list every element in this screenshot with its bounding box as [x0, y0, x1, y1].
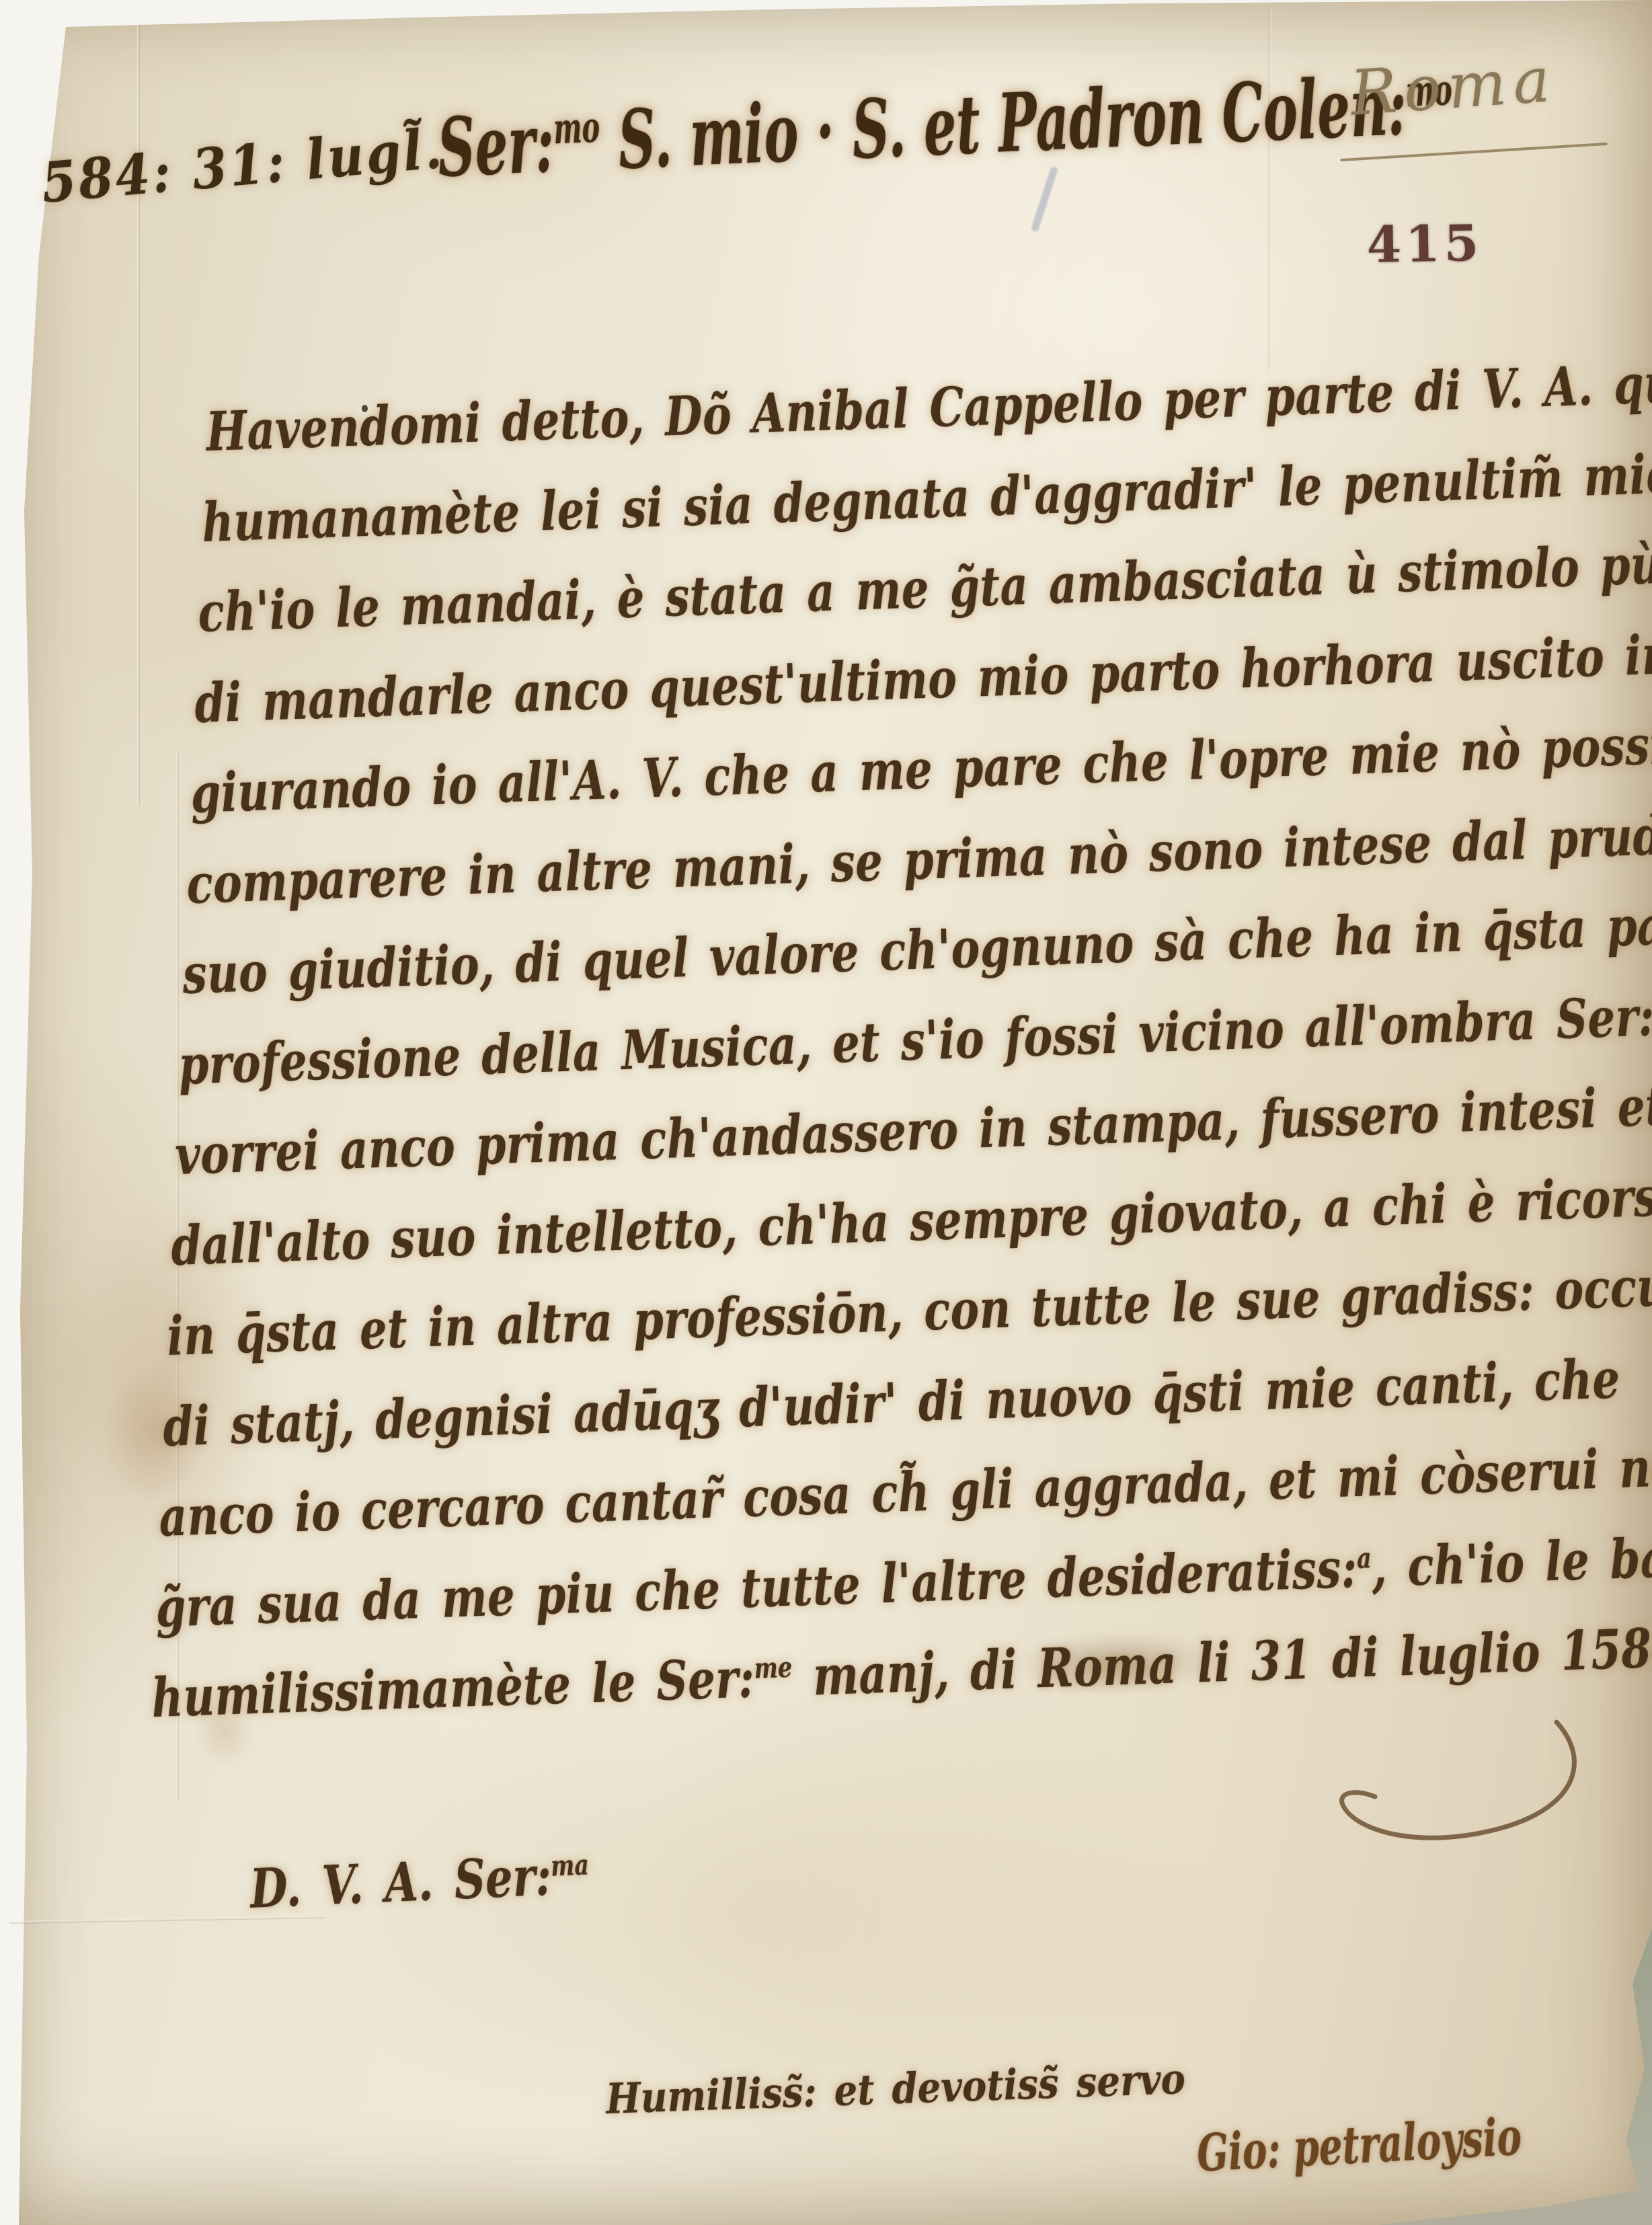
date-flourish [1335, 1719, 1624, 1880]
archive-stamp-number: 415 [1366, 214, 1483, 274]
place-note-roma: Roma [1348, 44, 1559, 130]
scanned-letter-page: 584: 31: lugl̃. Ser:mo S. mio · S. et Pa… [0, 0, 1652, 2225]
